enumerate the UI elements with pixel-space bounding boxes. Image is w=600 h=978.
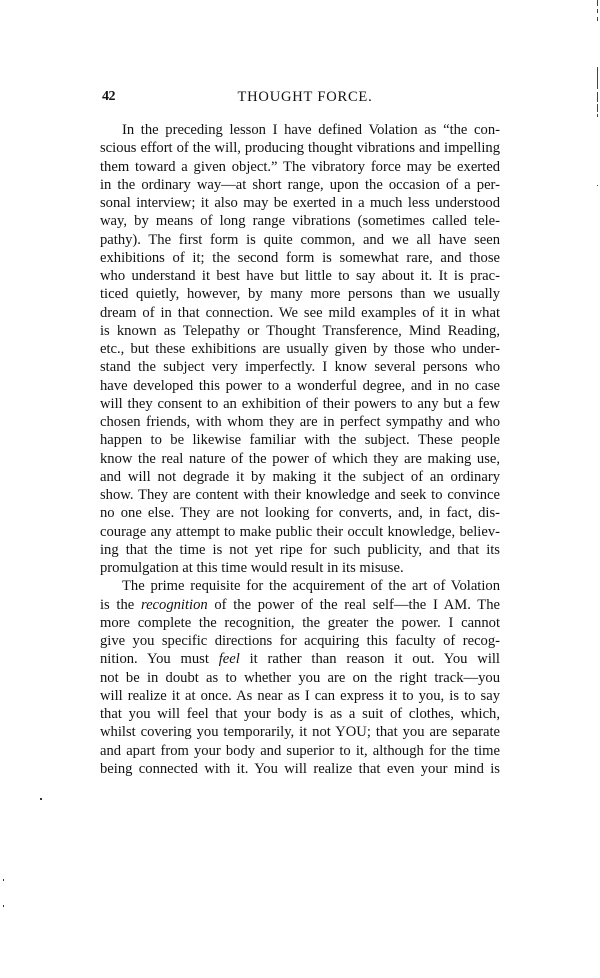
text-line: In the preceding lesson I have defined V… bbox=[100, 121, 500, 139]
text-line: not be in doubt as to whether you are on… bbox=[100, 669, 500, 687]
text-line: ing that the time is not yet ripe for su… bbox=[100, 541, 500, 559]
scan-edge-mark bbox=[597, 0, 598, 6]
text-line: chosen friends, with whom they are in pe… bbox=[100, 413, 500, 431]
text-line: give you specific directions for acquiri… bbox=[100, 632, 500, 650]
text-line: will they consent to an exhibition of th… bbox=[100, 395, 500, 413]
text-line: more complete the recognition, the great… bbox=[100, 614, 500, 632]
scan-edge-mark bbox=[597, 114, 598, 117]
text-line: scious effort of the will, producing tho… bbox=[100, 139, 500, 157]
text-line: is known as Telepathy or Thought Transfe… bbox=[100, 322, 500, 340]
text-line: being connected with it. You will realiz… bbox=[100, 760, 500, 778]
scan-speck bbox=[3, 905, 4, 907]
text-line: have developed this power to a wonderful… bbox=[100, 377, 500, 395]
text-line: dream of in that connection. We see mild… bbox=[100, 304, 500, 322]
text-line: promulgation at this time would result i… bbox=[100, 559, 500, 577]
text-line: happen to be likewise familiar with the … bbox=[100, 431, 500, 449]
text-line: will realize it at once. As near as I ca… bbox=[100, 687, 500, 705]
scan-edge-mark bbox=[597, 9, 598, 13]
scan-edge-mark bbox=[597, 104, 598, 112]
text-line: courage any attempt to make public their… bbox=[100, 523, 500, 541]
text-line: show. They are content with their knowle… bbox=[100, 486, 500, 504]
text-line: know the real nature of the power of whi… bbox=[100, 450, 500, 468]
text-line: exhibitions of it; the second form is so… bbox=[100, 249, 500, 267]
scan-speck bbox=[40, 798, 42, 800]
text-line: etc., but these exhibitions are usually … bbox=[100, 340, 500, 358]
scan-edge-mark bbox=[597, 92, 598, 102]
text-line: no one else. They are not looking for co… bbox=[100, 504, 500, 522]
body-text: In the preceding lesson I have defined V… bbox=[100, 121, 500, 778]
paragraph: In the preceding lesson I have defined V… bbox=[100, 121, 500, 577]
text-line: and will not degrade it by making it the… bbox=[100, 468, 500, 486]
text-line: stand the subject very imperfectly. I kn… bbox=[100, 358, 500, 376]
text-line: way, by means of long range vibrations (… bbox=[100, 212, 500, 230]
text-line: ticed quietly, however, by many more per… bbox=[100, 285, 500, 303]
scan-edge-mark bbox=[597, 185, 598, 186]
scan-edge-mark bbox=[597, 67, 598, 89]
text-line: sonal interview; it also may be exerted … bbox=[100, 194, 500, 212]
text-line: nition. You must feel it rather than rea… bbox=[100, 650, 500, 668]
running-title: THOUGHT FORCE. bbox=[100, 89, 510, 106]
text-line: that you will feel that your body is as … bbox=[100, 705, 500, 723]
paragraph: The prime requisite for the acquirement … bbox=[100, 577, 500, 778]
text-line: who understand it best have but little t… bbox=[100, 267, 500, 285]
emphasized-word: feel bbox=[219, 651, 240, 667]
emphasized-word: recognition bbox=[141, 597, 208, 613]
text-line: is the recognition of the power of the r… bbox=[100, 596, 500, 614]
book-page: 42 THOUGHT FORCE. In the preceding lesso… bbox=[0, 0, 600, 978]
text-line: them toward a given object.” The vibrato… bbox=[100, 158, 500, 176]
text-line: The prime requisite for the acquirement … bbox=[100, 577, 500, 595]
scan-edge-mark bbox=[597, 17, 598, 21]
text-line: and apart from your body and superior to… bbox=[100, 742, 500, 760]
text-line: in the ordinary way—at short range, upon… bbox=[100, 176, 500, 194]
running-head: 42 THOUGHT FORCE. bbox=[100, 89, 500, 109]
scan-speck bbox=[3, 879, 4, 881]
text-line: whilst covering you temporarily, it not … bbox=[100, 723, 500, 741]
text-line: pathy). The first form is quite common, … bbox=[100, 231, 500, 249]
